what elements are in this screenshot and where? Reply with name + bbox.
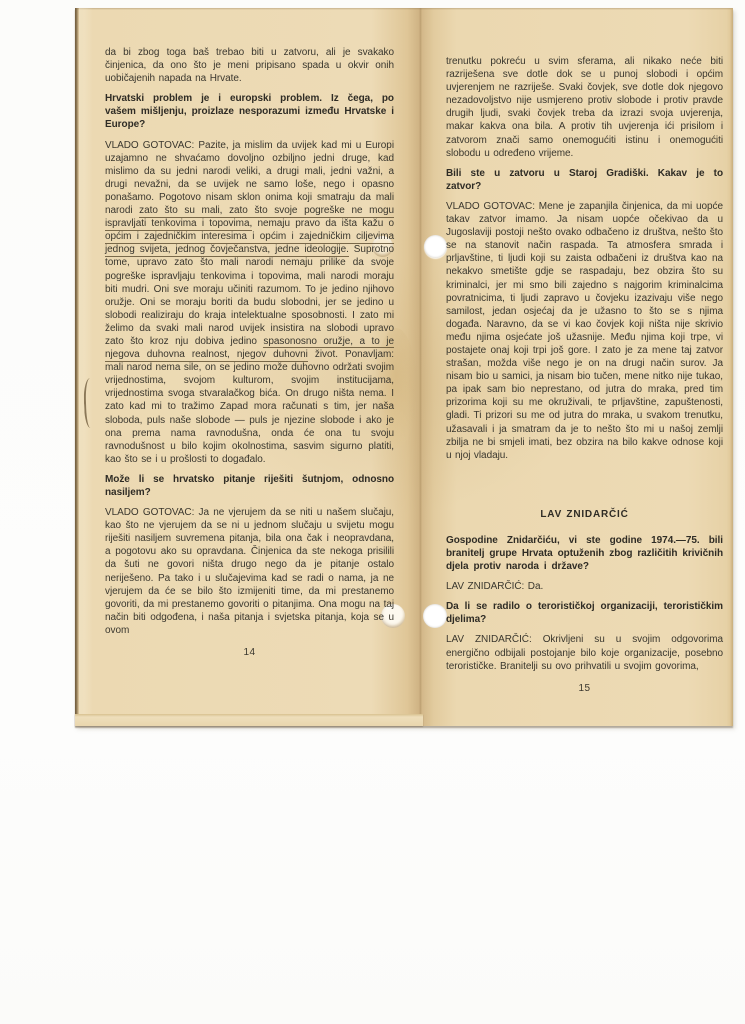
page-15-text-column: trenutku pokreću u svim sferama, ali nik…: [446, 55, 723, 695]
text-segment: Gospodine Znidarčiću, vi ste godine 1974…: [446, 535, 723, 572]
text-segment: Suprotno tome, upravo zato što mali naro…: [105, 244, 394, 347]
left-page-worn-strip: [79, 8, 93, 726]
book-spine-crease: [419, 8, 422, 726]
punch-hole-right-top: [424, 235, 447, 258]
paragraph: VLADO GOTOVAC: Ja ne vjerujem da se niti…: [105, 506, 394, 637]
paragraph: LAV ZNIDARČIĆ: Da.: [446, 580, 723, 593]
text-segment: nemaju pravo da išta kažu o: [252, 218, 394, 229]
underlying-page-edge: [75, 714, 423, 726]
text-segment: LAV ZNIDARČIĆ: Da.: [446, 581, 543, 592]
section-heading: LAV ZNIDARČIĆ: [446, 508, 723, 521]
text-segment: život. Ponavljam: mali narod nema sile, …: [105, 349, 394, 465]
page-number: 14: [105, 646, 394, 659]
text-segment: da bi zbog toga baš trebao biti u zatvor…: [105, 47, 394, 84]
scanner-bed: da bi zbog toga baš trebao biti u zatvor…: [0, 0, 745, 1024]
interview-question: Može li se hrvatsko pitanje riješiti šut…: [105, 473, 394, 499]
interview-question: Gospodine Znidarčiću, vi ste godine 1974…: [446, 534, 723, 573]
punch-hole-right-bottom: [423, 604, 447, 628]
page-top-edge: [75, 8, 733, 10]
text-segment: VLADO GOTOVAC: Mene je zapanjila činjeni…: [446, 201, 723, 461]
text-segment: Bili ste u zatvoru u Staroj Gradiški. Ka…: [446, 168, 723, 192]
text-segment: Hrvatski problem je i europski problem. …: [105, 93, 394, 130]
text-segment: VLADO GOTOVAC: Ja ne vjerujem da se niti…: [105, 507, 394, 636]
text-segment: LAV ZNIDARČIĆ: [540, 509, 628, 520]
interview-question: Hrvatski problem je i europski problem. …: [105, 92, 394, 131]
scanned-book-spread: da bi zbog toga baš trebao biti u zatvor…: [75, 8, 733, 726]
page-14-text-column: da bi zbog toga baš trebao biti u zatvor…: [105, 46, 394, 659]
paragraph: LAV ZNIDARČIĆ: Okrivljeni su u svojim od…: [446, 633, 723, 672]
text-segment: Može li se hrvatsko pitanje riješiti šut…: [105, 474, 394, 498]
interview-question: Da li se radilo o terorističkoj organiza…: [446, 600, 723, 626]
margin-pen-mark: [83, 378, 95, 428]
interview-question: Bili ste u zatvoru u Staroj Gradiški. Ka…: [446, 167, 723, 193]
text-segment: Da li se radilo o terorističkoj organiza…: [446, 601, 723, 625]
right-page-edge: [730, 8, 733, 726]
paragraph: VLADO GOTOVAC: Pazite, ja mislim da uvij…: [105, 139, 394, 466]
text-segment: trenutku pokreću u svim sferama, ali nik…: [446, 56, 723, 159]
page-number: 15: [446, 682, 723, 695]
text-segment: LAV ZNIDARČIĆ: Okrivljeni su u svojim od…: [446, 634, 723, 671]
paragraph: da bi zbog toga baš trebao biti u zatvor…: [105, 46, 394, 85]
paragraph: trenutku pokreću u svim sferama, ali nik…: [446, 55, 723, 160]
paragraph: VLADO GOTOVAC: Mene je zapanjila činjeni…: [446, 200, 723, 462]
